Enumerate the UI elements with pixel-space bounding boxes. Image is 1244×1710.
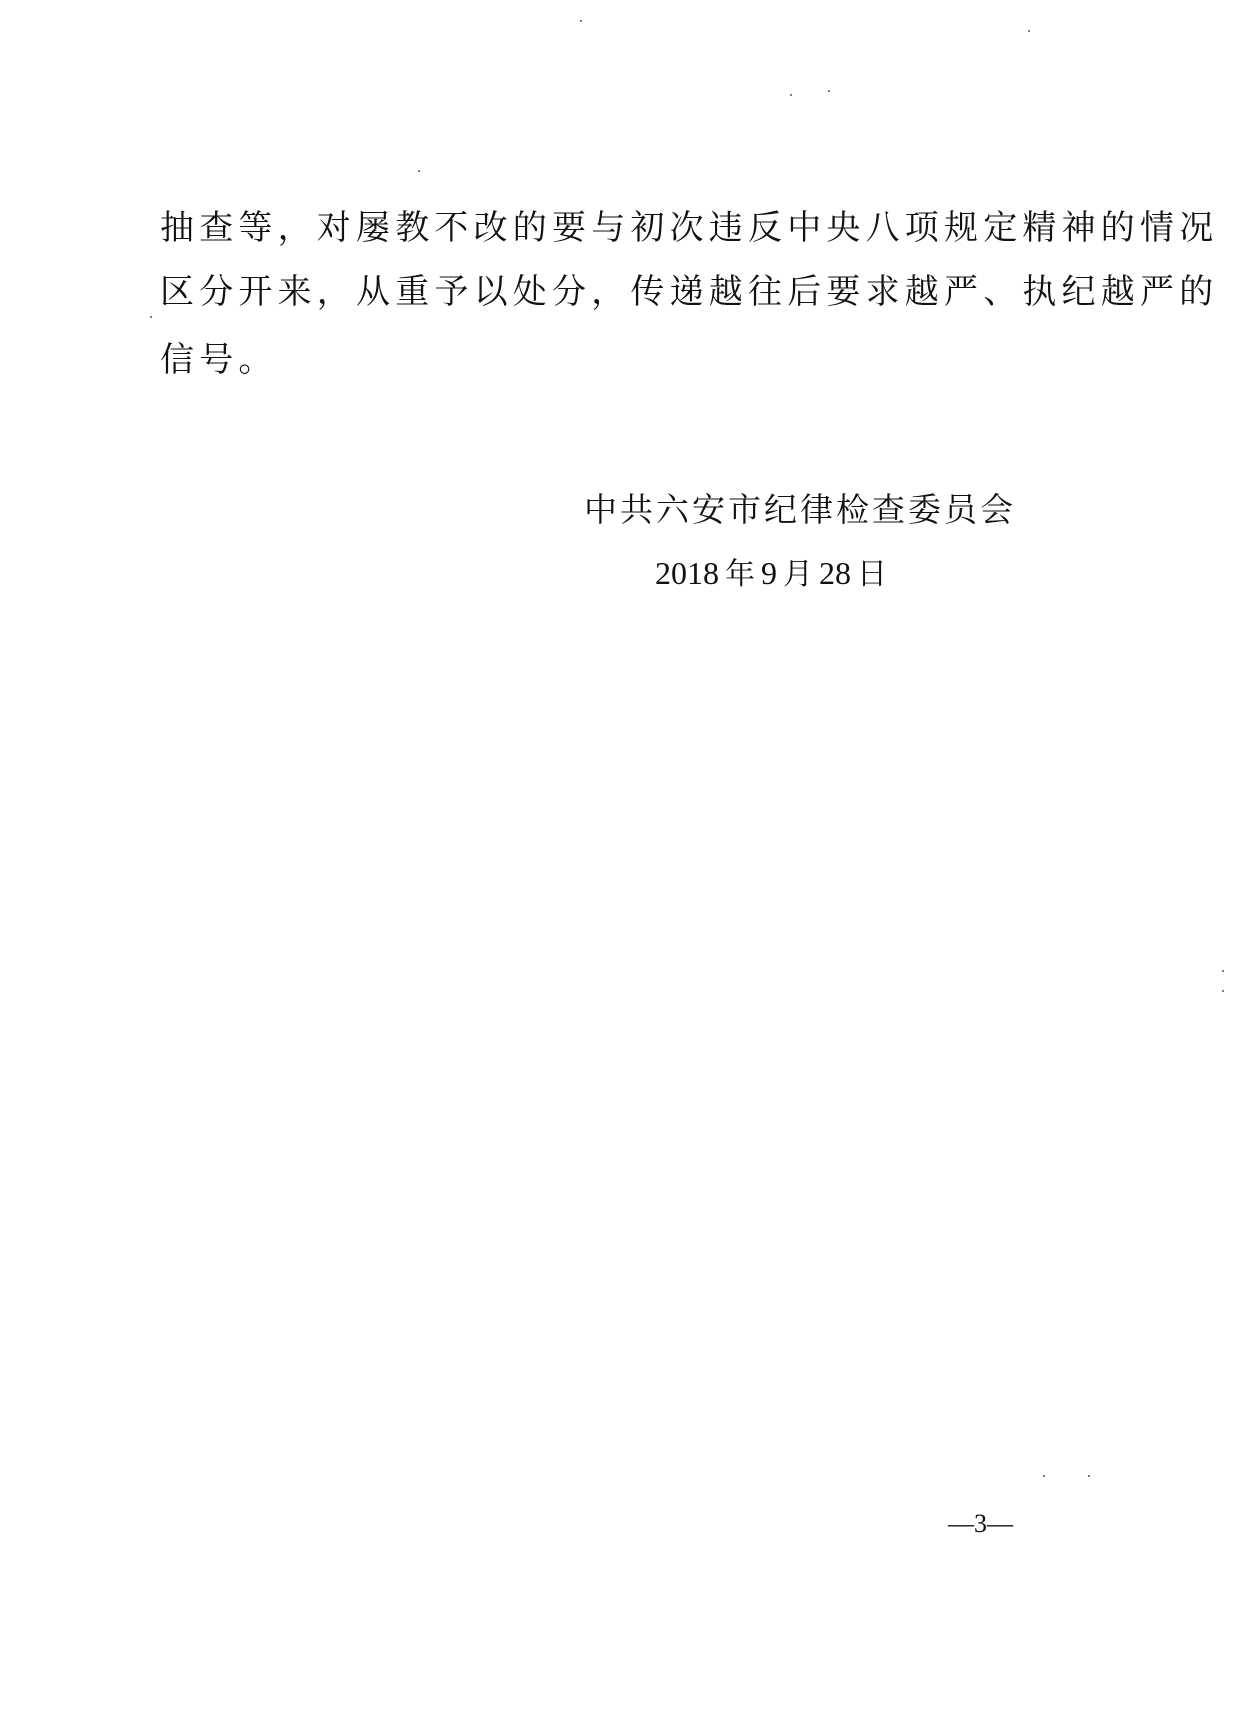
scan-speck [828, 90, 830, 92]
scan-speck [1043, 1475, 1045, 1477]
date-month: 9 [761, 555, 777, 591]
date-day: 28 [819, 555, 851, 591]
date-year-unit: 年 [725, 557, 755, 592]
date-year: 2018 [655, 555, 719, 591]
scan-speck [1088, 1475, 1090, 1477]
signature-organization: 中共六安市纪律检查委员会 [584, 488, 1016, 532]
scan-speck [1222, 970, 1224, 972]
scan-speck [580, 20, 582, 22]
scan-speck [1222, 990, 1224, 992]
page-number: —3— [948, 1508, 1013, 1540]
body-text-line-3: 信号。 [160, 338, 278, 382]
date-day-unit: 日 [857, 557, 887, 592]
scan-speck [790, 94, 792, 96]
scan-speck [418, 170, 420, 172]
document-page: 抽查等，对屡教不改的要与初次违反中央八项规定精神的情况 区分开来，从重予以处分，… [0, 0, 1244, 1710]
body-text-line-2: 区分开来，从重予以处分，传递越往后要求越严、执纪越严的 [160, 270, 1218, 314]
signature-date: 2018年9月28日 [655, 551, 893, 597]
scan-speck [1028, 30, 1030, 32]
body-text-line-1: 抽查等，对屡教不改的要与初次违反中央八项规定精神的情况 [160, 206, 1218, 250]
date-month-unit: 月 [783, 557, 813, 592]
scan-speck [150, 316, 152, 318]
